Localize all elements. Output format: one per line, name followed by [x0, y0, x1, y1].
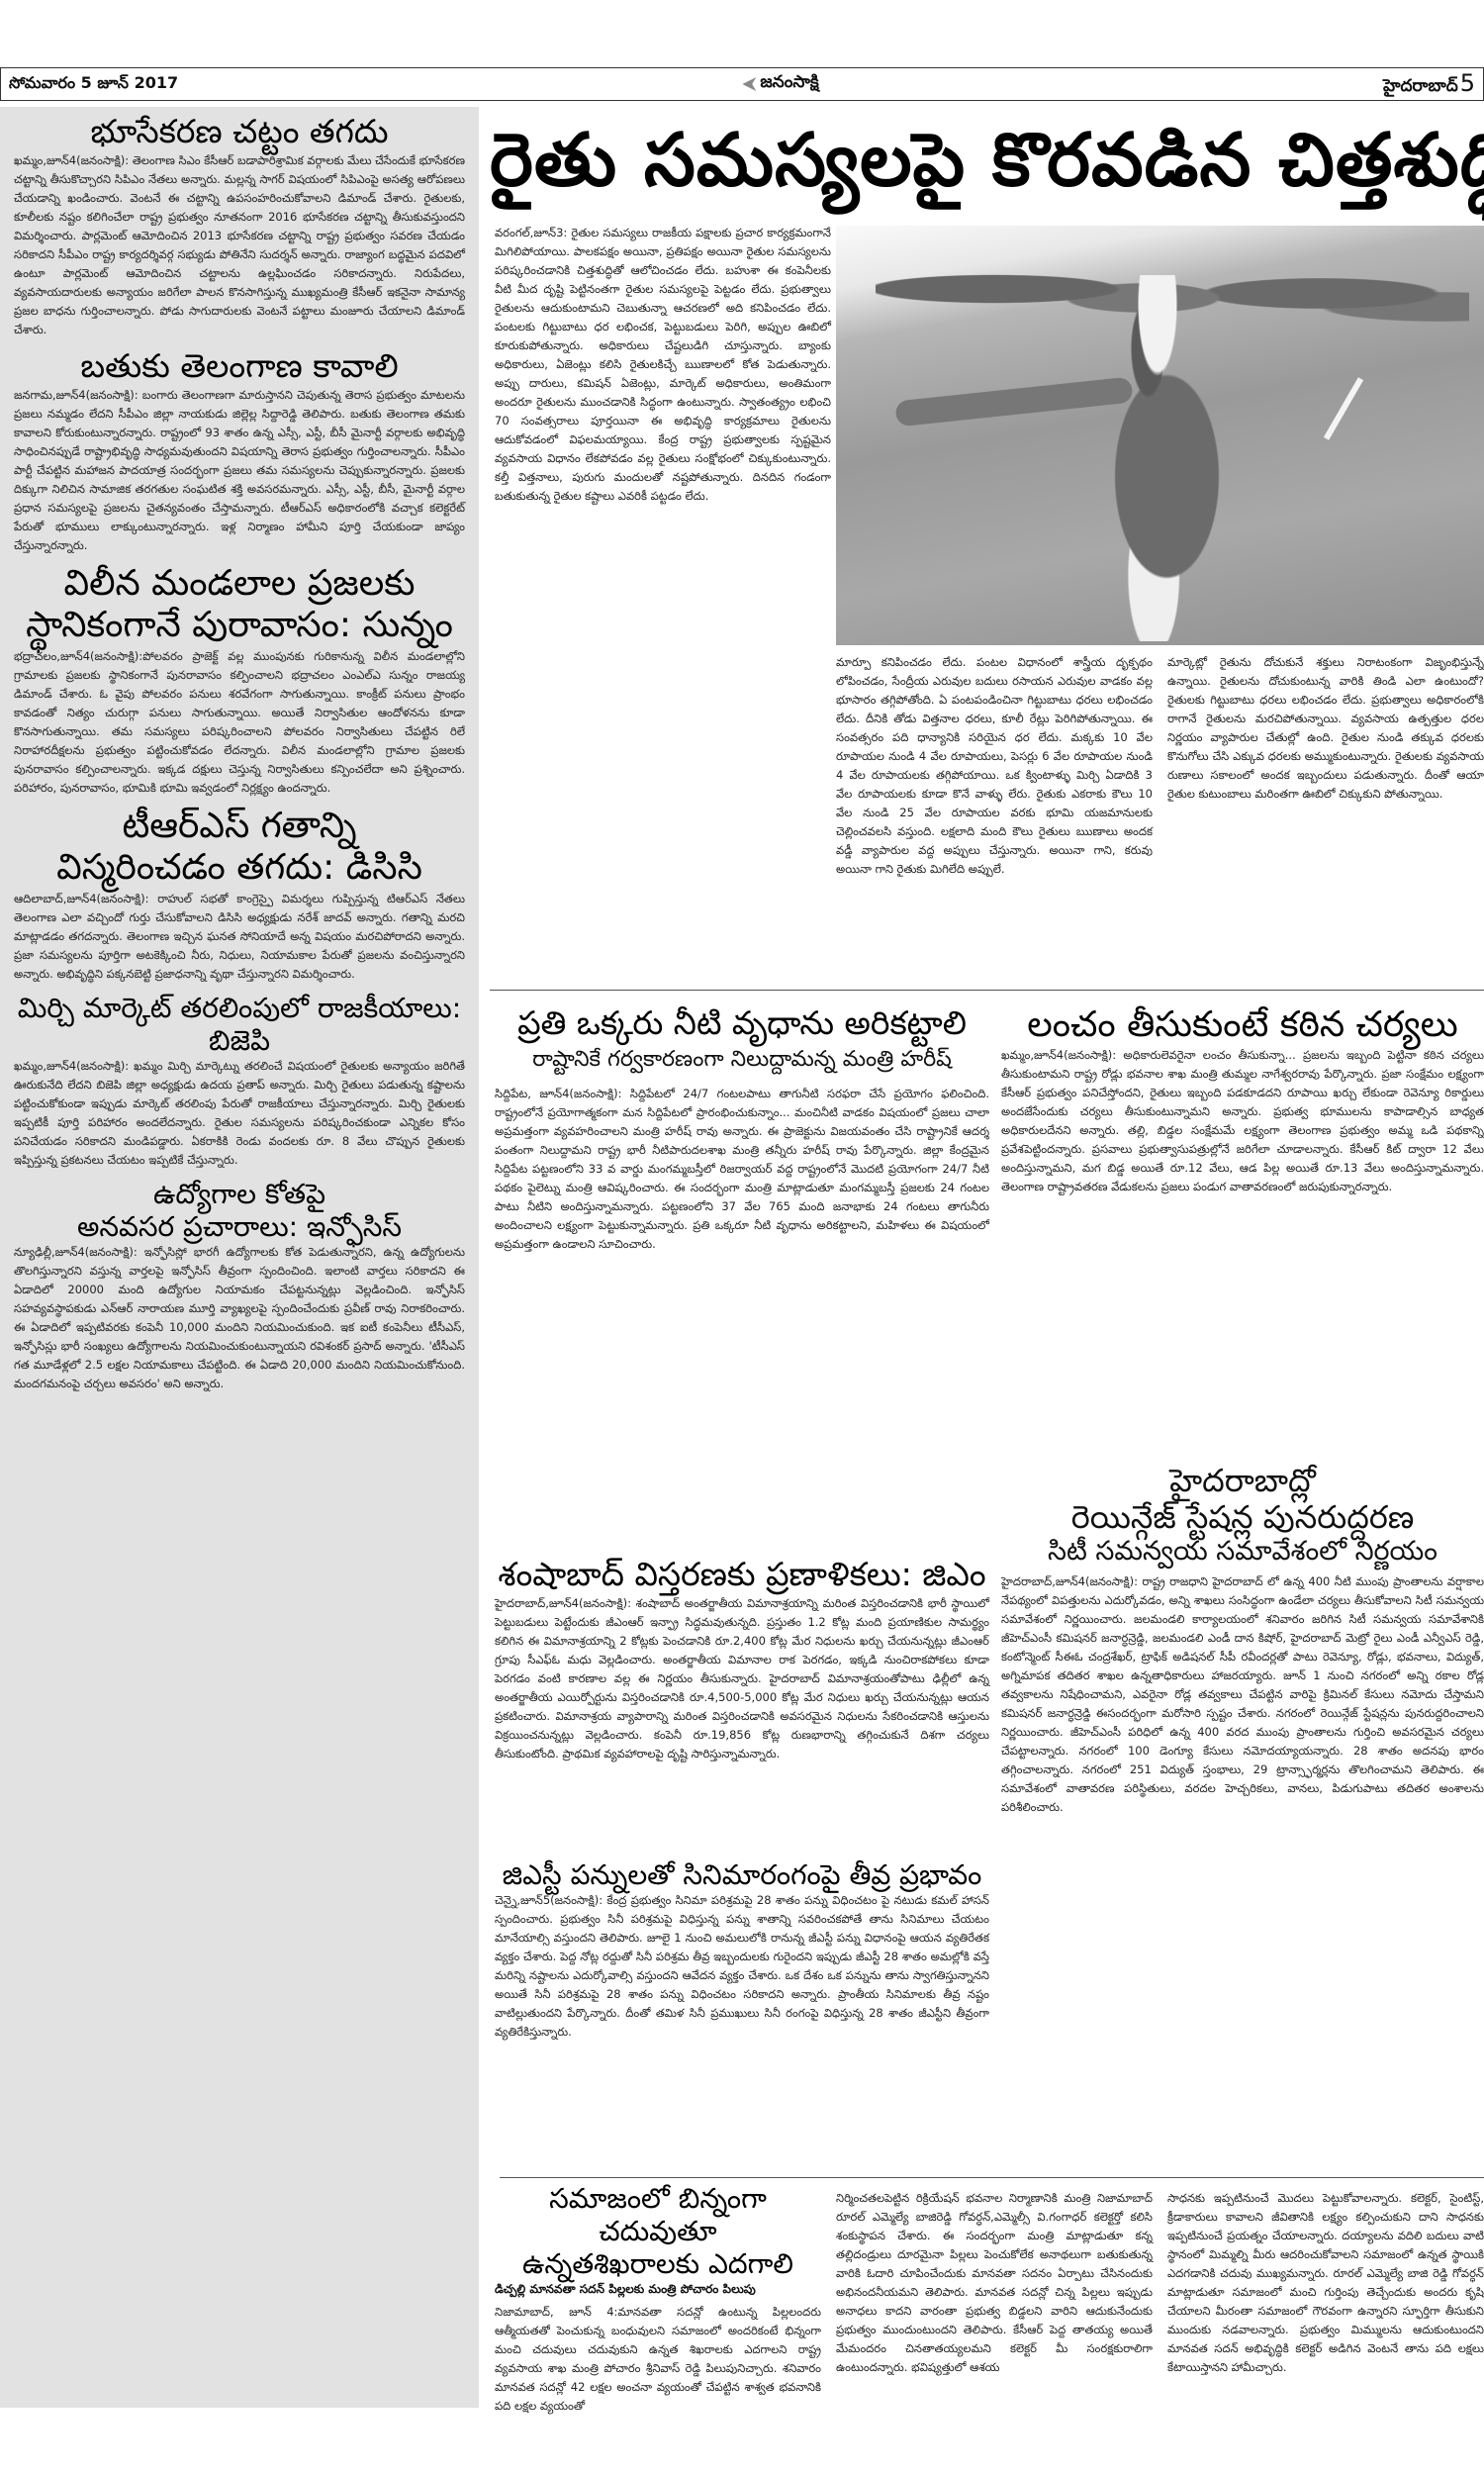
- logo-mark-icon: [742, 77, 756, 91]
- lead-story-column-3: మార్కెట్లో రైతును దోచుకునే శక్తులు నిరాట…: [1167, 653, 1484, 804]
- story-gst-cinema: జిఎస్టీ పన్నులతో సినిమారంగంపై తీవ్ర ప్రభ…: [495, 1858, 989, 2042]
- section-divider: [490, 990, 1484, 991]
- story-body: హైదరాబాద్,జూన్4(జనంసాక్షి): రాష్ట్ర రాజధ…: [1001, 1572, 1484, 1817]
- story-body: మార్కెట్లో రైతును దోచుకునే శక్తులు నిరాట…: [1167, 653, 1484, 804]
- story-infosys: ఉద్యోగాల కోతపై అనవసర ప్రచారాలు: ఇన్ఫోసిస…: [14, 1178, 465, 1393]
- headline-line-2: అనవసర ప్రచారాలు: ఇన్ఫోసిస్: [14, 1210, 465, 1243]
- story-body: మార్పూ కనిపించడం లేదు. పంటల విధానంలో శాస…: [836, 653, 1153, 879]
- story-body: భద్రాచలం,జూన్4(జనంసాక్షి):పోలవరం ప్రాజెక…: [14, 647, 465, 798]
- headline: భూసేకరణ చట్టం తగదు: [14, 113, 465, 151]
- headline-line-3: సిటీ సమన్వయ సమావేశంలో నిర్ణయం: [1001, 1536, 1484, 1567]
- story-body: వరంగల్,జూన్3: రైతుల సమస్యలు రాజకీయ పక్షా…: [495, 224, 831, 506]
- headline: ప్రతి ఒక్కరు నీటి వృధాను అరికట్టాలి: [495, 1004, 989, 1043]
- story-body: ఖమ్మం,జూన్4(జనంసాక్షి): తెలంగాణ సిఎం కేస…: [14, 151, 465, 339]
- photo-stick: [1324, 377, 1363, 440]
- story-body: న్యూఢిల్లీ,జూన్4(జనంసాక్షి): ఇన్ఫోసిస్లో…: [14, 1243, 465, 1393]
- subheadline: రాష్టానికే గర్వకారణంగా నిలుద్దామన్న మంత్…: [495, 1047, 989, 1077]
- headline-line-1: హైదరాబాద్లో: [1001, 1463, 1484, 1499]
- headline-line-2: విస్మరించడం తగదు: డిసిసి: [14, 847, 465, 889]
- story-body: సాధనకు ఇప్పటినుంచే మొదలు పెట్టుకోవాలన్నా…: [1167, 2189, 1484, 2377]
- kicker: డిచ్పల్లి మానవతా సదన్ పిల్లలకు మంత్రి పో…: [495, 2282, 821, 2299]
- headline: జిఎస్టీ పన్నులతో సినిమారంగంపై తీవ్ర ప్రభ…: [495, 1858, 989, 1891]
- story-shamshabad-expansion: శంషాబాద్ విస్తరణకు ప్రణాళికలు: జిఎం హైదర…: [495, 1556, 989, 1763]
- story-raingauge-stations: హైదరాబాద్లో రెయిన్గేజ్ స్టేషన్ల పునరుద్ద…: [1001, 1463, 1484, 1817]
- story-body: ఖమ్మం,జూన్4(జనంసాక్షి): అధికారులెవరైనా ల…: [1001, 1046, 1484, 1196]
- headline-line-1: సమాజంలో బిన్నంగా చదువుతూ: [495, 2182, 821, 2247]
- story-bathuku-telangana: బతుకు తెలంగాణ కావాలి జనగామ,జూన్4(జనంసాక్…: [14, 347, 465, 555]
- section-divider: [500, 2177, 1484, 2178]
- story-polavaram-rehabilitation: విలీన మండలాల ప్రజలకు స్థానికంగానే పురావా…: [14, 563, 465, 798]
- story-mirchi-market: మిర్చి మార్కెట్ తరలింపులో రాజకీయాలు: బిజ…: [14, 992, 465, 1170]
- headline-line-2: స్థానికంగానే పురావాసం: సున్నం: [14, 605, 465, 646]
- headline: లంచం తీసుకుంటే కఠిన చర్యలు: [1001, 1004, 1484, 1046]
- story-body: ఖమ్మం,జూన్4(జనంసాక్షి): ఖమ్మం మిర్చి మార…: [14, 1057, 465, 1170]
- story-manavata-sadan: సమాజంలో బిన్నంగా చదువుతూ ఉన్నతశిఖరాలకు ఎ…: [495, 2182, 821, 2416]
- headline: బతుకు తెలంగాణ కావాలి: [14, 347, 465, 386]
- story-trs-dcc: టీఆర్ఎస్ గతాన్ని విస్మరించడం తగదు: డిసిస…: [14, 806, 465, 984]
- edition-city: హైదరాబాద్: [1383, 76, 1458, 96]
- page-number: 5: [1460, 69, 1475, 97]
- issue-date: సోమవారం 5 జూన్ 2017: [9, 73, 178, 96]
- story-body: సిద్దిపేట, జూన్4(జనంసాక్షి): సిద్దిపేటలో…: [495, 1085, 989, 1254]
- headline: మిర్చి మార్కెట్ తరలింపులో రాజకీయాలు: బిజ…: [14, 992, 465, 1057]
- logo-text: జనంసాక్షి: [760, 72, 818, 96]
- story-body: నిజామాబాద్, జూన్ 4:మానవతా సదన్లో ఉంటున్న…: [495, 2303, 821, 2416]
- story-body: జనగామ,జూన్4(జనంసాక్షి): బంగారు తెలంగాణగా…: [14, 386, 465, 555]
- lead-story-column-1: వరంగల్,జూన్3: రైతుల సమస్యలు రాజకీయ పక్షా…: [495, 224, 831, 506]
- lead-story-column-2: మార్పూ కనిపించడం లేదు. పంటల విధానంలో శాస…: [836, 653, 1153, 879]
- edition-label: హైదరాబాద్5: [1383, 69, 1475, 100]
- headline-line-1: టీఆర్ఎస్ గతాన్ని: [14, 806, 465, 847]
- story-body: ఆదిలాబాద్,జూన్4(జనంసాక్షి): రాహుల్ సభతో …: [14, 890, 465, 984]
- masthead: సోమవారం 5 జూన్ 2017 జనంసాక్షి హైదరాబాద్5: [0, 67, 1484, 101]
- society-story-column-3: సాధనకు ఇప్పటినుంచే మొదలు పెట్టుకోవాలన్నా…: [1167, 2189, 1484, 2377]
- story-body: హైదరాబాద్,జూన్4(జనంసాక్షి): శంషాబాద్ అంత…: [495, 1594, 989, 1763]
- headline-line-1: ఉద్యోగాల కోతపై: [14, 1178, 465, 1210]
- lead-photo-farmer: [836, 226, 1484, 645]
- story-body: నిర్మించతలపెట్టిన రిక్రియేషన్ భవనాల నిర్…: [836, 2189, 1153, 2377]
- headline-line-2: రెయిన్గేజ్ స్టేషన్ల పునరుద్దరణ: [1001, 1499, 1484, 1536]
- headline-line-2: ఉన్నతశిఖరాలకు ఎదగాలి: [495, 2247, 821, 2280]
- lead-headline: రైతు సమస్యలపై కొరవడిన చిత్తశుద్ధి: [490, 111, 1484, 210]
- photo-farmer-figure: [1064, 275, 1252, 641]
- society-story-column-2: నిర్మించతలపెట్టిన రిక్రియేషన్ భవనాల నిర్…: [836, 2189, 1153, 2377]
- headline-line-1: విలీన మండలాల ప్రజలకు: [14, 563, 465, 605]
- story-land-acquisition: భూసేకరణ చట్టం తగదు ఖమ్మం,జూన్4(జనంసాక్షి…: [14, 113, 465, 339]
- headline: శంషాబాద్ విస్తరణకు ప్రణాళికలు: జిఎం: [495, 1556, 989, 1594]
- story-body: చెన్నై,జూన్5(జనంసాక్షి): కేంద్ర ప్రభుత్వ…: [495, 1891, 989, 2042]
- story-bribery-action: లంచం తీసుకుంటే కఠిన చర్యలు ఖమ్మం,జూన్4(జ…: [1001, 1004, 1484, 1196]
- newspaper-logo: జనంసాక్షి: [742, 72, 818, 96]
- left-sidebar-column: భూసేకరణ చట్టం తగదు ఖమ్మం,జూన్4(జనంసాక్షి…: [0, 107, 479, 2408]
- story-water-wastage: ప్రతి ఒక్కరు నీటి వృధాను అరికట్టాలి రాష్…: [495, 1004, 989, 1254]
